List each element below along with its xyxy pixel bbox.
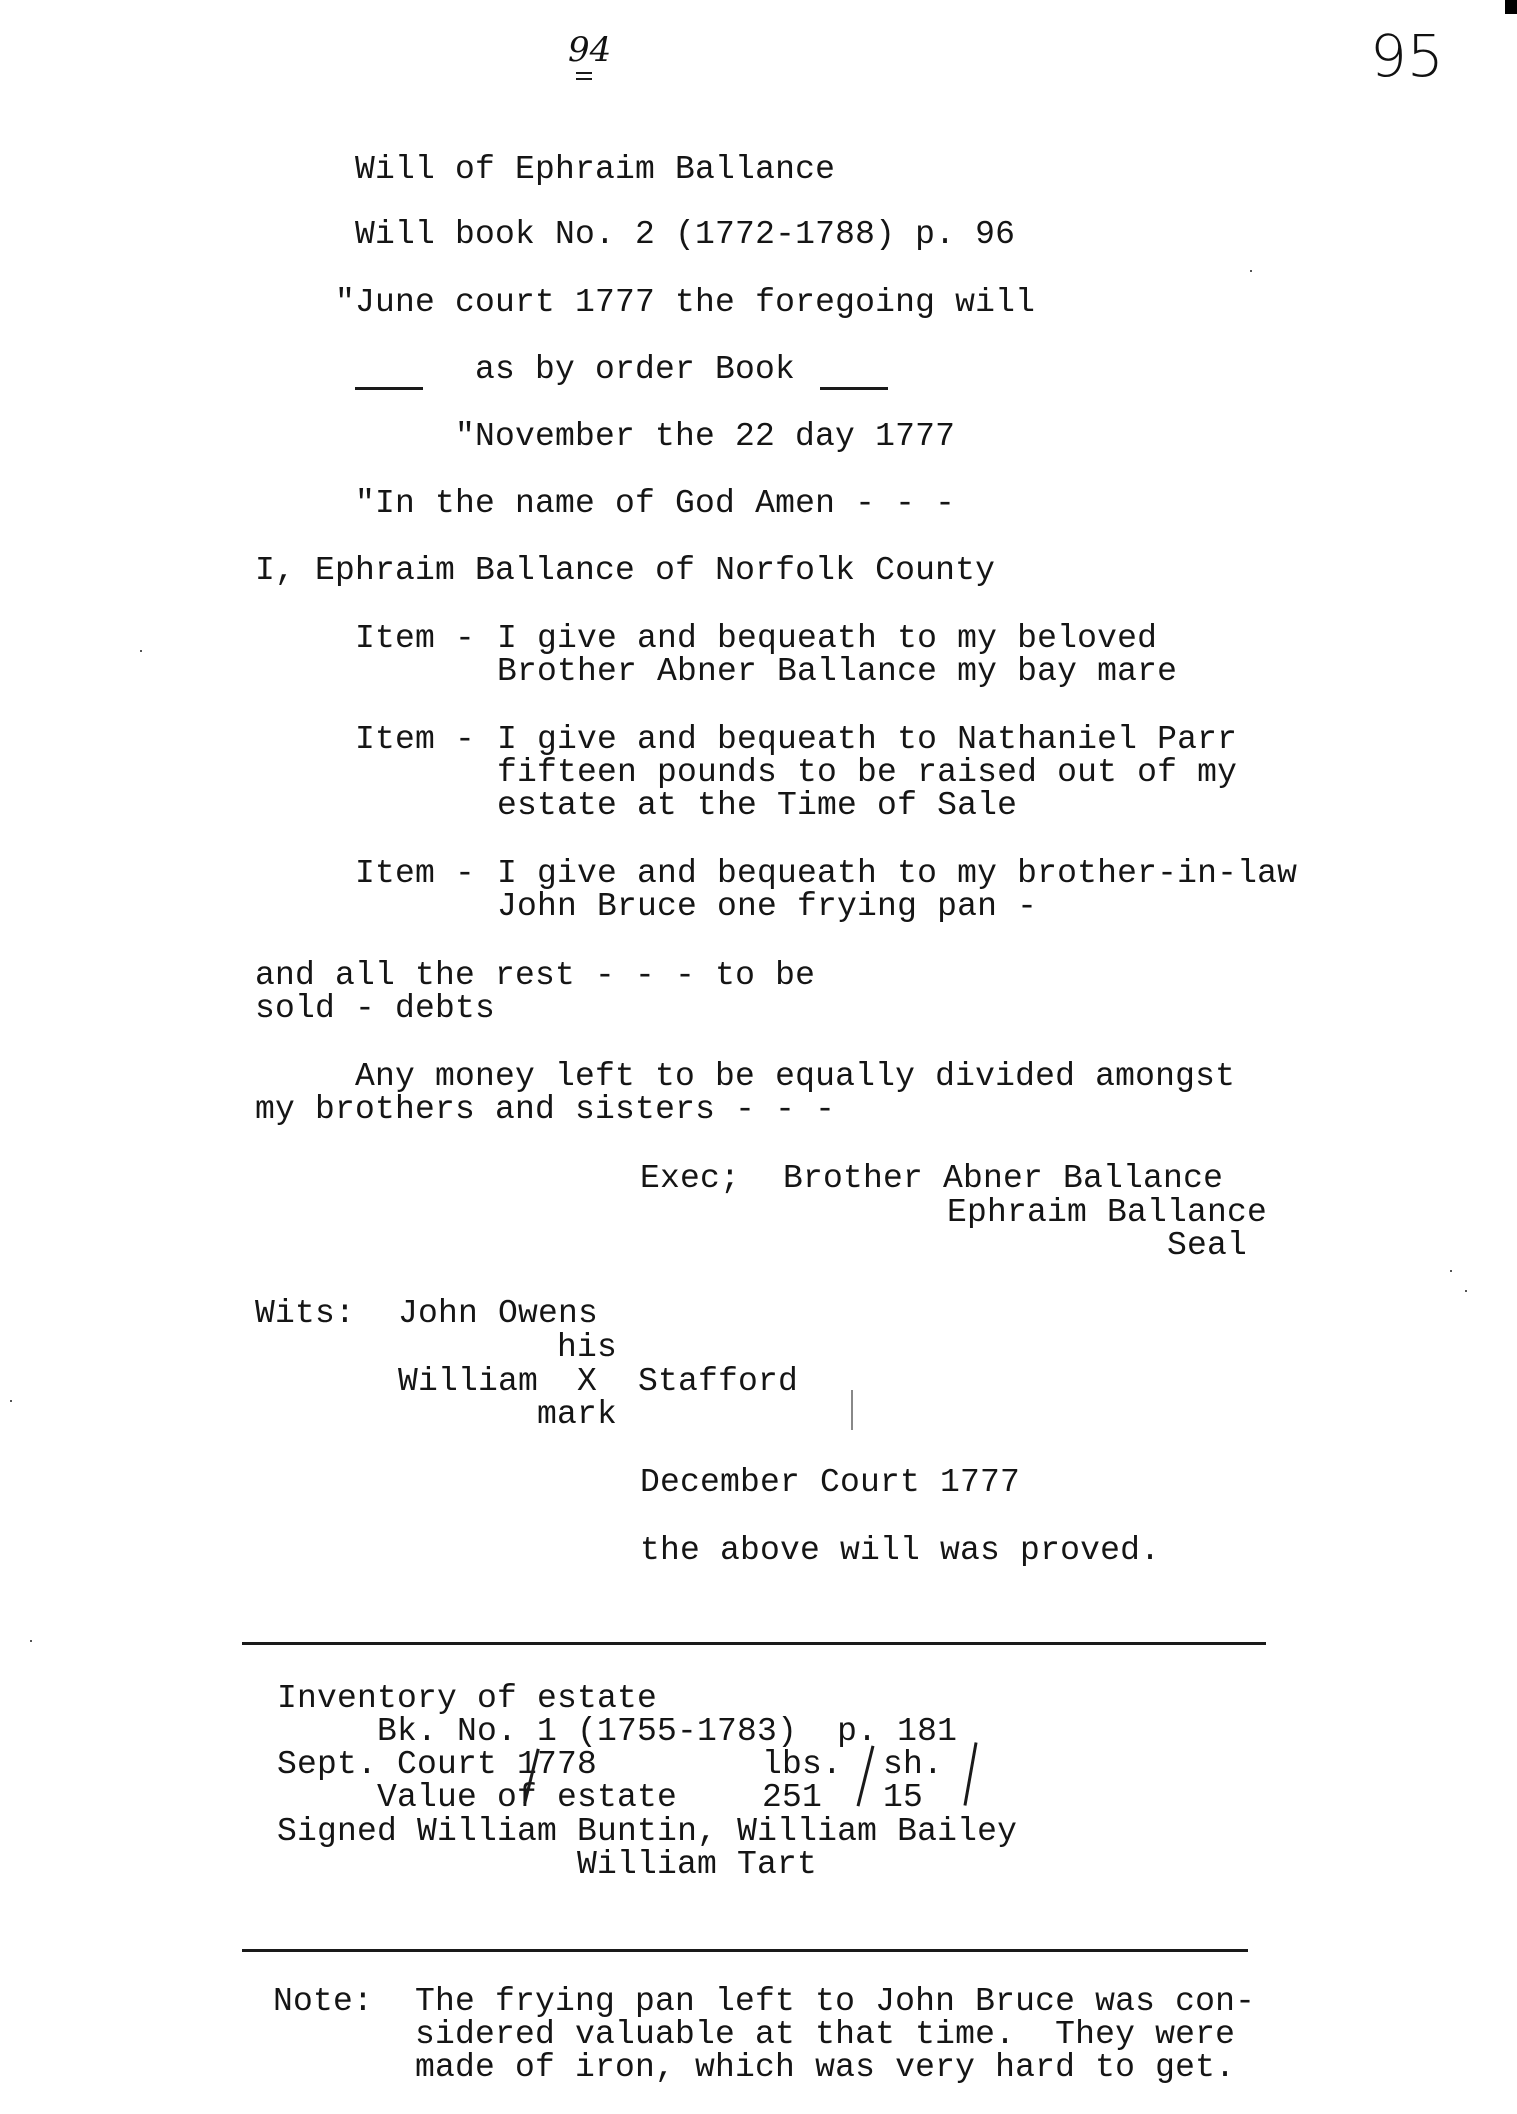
- item-label: Item -: [355, 622, 475, 656]
- scan-speck: [1450, 1270, 1452, 1272]
- scan-corner-mark: [1505, 0, 1517, 14]
- witnesses-label: Wits:: [255, 1297, 355, 1331]
- witness-stafford: Stafford: [638, 1365, 798, 1399]
- money-line: Any money left to be equally divided amo…: [355, 1060, 1235, 1094]
- item-line: John Bruce one frying pan -: [497, 890, 1037, 924]
- item-label: Item -: [355, 723, 475, 757]
- will-opening: "In the name of God Amen - - -: [355, 487, 955, 521]
- pounds-label: lbs.: [762, 1748, 842, 1782]
- residue-line: and all the rest - - - to be: [255, 959, 815, 993]
- witness-john-owens: John Owens: [398, 1297, 598, 1331]
- blank-line-left: [355, 387, 423, 390]
- item-line: estate at the Time of Sale: [497, 789, 1017, 823]
- inventory-signers: Signed William Buntin, William Bailey: [277, 1815, 1017, 1849]
- slash-lbs-column: [857, 1746, 875, 1807]
- scan-speck: [140, 650, 142, 652]
- shillings-label: sh.: [883, 1748, 943, 1782]
- shillings-value: 15: [883, 1781, 923, 1815]
- probate-court: December Court 1777: [640, 1466, 1020, 1500]
- seal-label: Seal: [1167, 1229, 1247, 1263]
- executor-label: Exec;: [640, 1162, 740, 1196]
- testator-line: I, Ephraim Ballance of Norfolk County: [255, 554, 995, 588]
- page-number-underline-2: [576, 78, 592, 80]
- scan-speck: [10, 1400, 12, 1402]
- residue-line: sold - debts: [255, 992, 495, 1026]
- divider-rule-2: [242, 1949, 1248, 1952]
- inventory-title: Inventory of estate: [277, 1682, 657, 1716]
- page-number-underline: [576, 72, 592, 74]
- scan-speck: [1250, 270, 1252, 272]
- witness-his: his: [557, 1331, 617, 1365]
- slash-sh-column: [963, 1742, 977, 1806]
- order-book-line: as by order Book: [475, 353, 795, 387]
- testator-signature: Ephraim Ballance: [947, 1196, 1267, 1230]
- inventory-signers-2: William Tart: [577, 1848, 817, 1882]
- note-line: sidered valuable at that time. They were: [415, 2018, 1235, 2052]
- court-intro-line: "June court 1777 the foregoing will: [335, 286, 1035, 320]
- witness-william: William: [398, 1365, 538, 1399]
- money-line: my brothers and sisters - - -: [255, 1093, 835, 1127]
- blank-line-right: [820, 387, 888, 390]
- scan-pencil-mark: [851, 1390, 853, 1430]
- scan-speck: [1465, 1290, 1467, 1292]
- document-title: Will of Ephraim Ballance: [355, 153, 835, 187]
- note-line: made of iron, which was very hard to get…: [415, 2051, 1235, 2085]
- page-number-95: 95: [1370, 22, 1444, 90]
- item-line: fifteen pounds to be raised out of my: [497, 756, 1237, 790]
- source-reference: Will book No. 2 (1772-1788) p. 96: [355, 218, 1015, 252]
- item-line: Brother Abner Ballance my bay mare: [497, 655, 1177, 689]
- scan-speck: [30, 1640, 32, 1642]
- item-line: I give and bequeath to my beloved: [497, 622, 1157, 656]
- pounds-value: 251: [762, 1781, 822, 1815]
- item-label: Item -: [355, 857, 475, 891]
- inventory-book: Bk. No. 1 (1755-1783) p. 181: [377, 1715, 957, 1749]
- probate-statement: the above will was proved.: [640, 1534, 1160, 1568]
- will-date: "November the 22 day 1777: [455, 420, 955, 454]
- document-page: 94 95 Will of Ephraim Ballance Will book…: [0, 0, 1517, 2114]
- executor-name: Brother Abner Ballance: [783, 1162, 1223, 1196]
- divider-rule-1: [242, 1642, 1266, 1645]
- item-line: I give and bequeath to my brother-in-law: [497, 857, 1297, 891]
- witness-mark: mark: [537, 1398, 617, 1432]
- witness-mark-x: X: [577, 1365, 597, 1399]
- item-line: I give and bequeath to Nathaniel Parr: [497, 723, 1237, 757]
- note-line: The frying pan left to John Bruce was co…: [415, 1985, 1255, 2019]
- inventory-court: Sept. Court 1778: [277, 1748, 597, 1782]
- page-number-94: 94: [568, 30, 611, 70]
- note-label: Note:: [273, 1985, 373, 2019]
